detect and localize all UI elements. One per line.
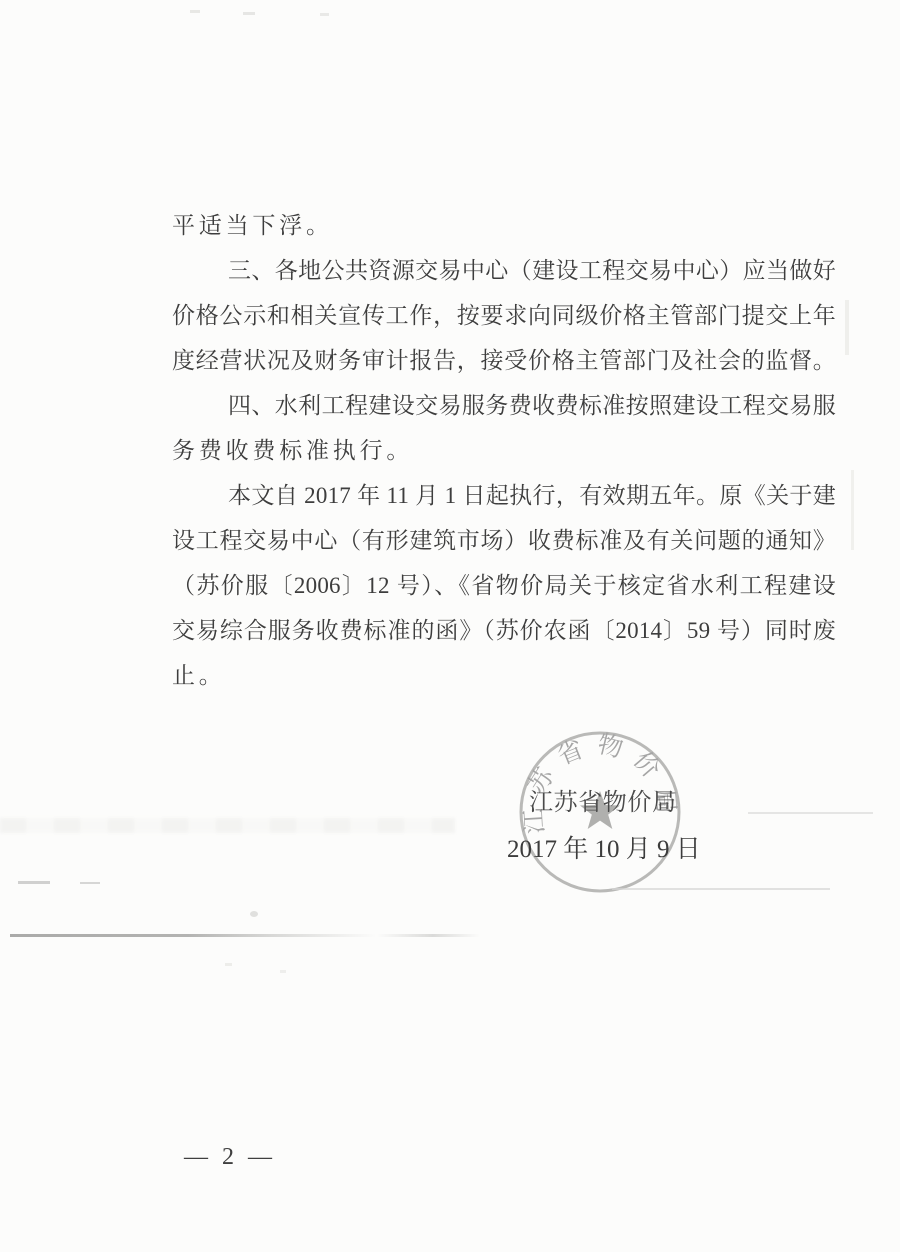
page-number: — 2 — [184, 1143, 276, 1171]
document-body: 平适当下浮。三、各地公共资源交易中心（建设工程交易中心）应当做好价格公示和相关宣… [172, 203, 836, 698]
issue-date: 2017 年 10 月 9 日 [507, 836, 701, 864]
scan-artifact-dot [250, 911, 258, 917]
scan-artifact-speck [225, 963, 232, 966]
text-line: 设工程交易中心（有形建筑市场）收费标准及有关问题的通知》 [172, 518, 836, 563]
scan-artifact-line [748, 812, 873, 814]
scan-artifact-speck [243, 12, 255, 15]
text-line: 四、水利工程建设交易服务费收费标准按照建设工程交易服 [172, 383, 836, 428]
scan-artifact-speck [320, 13, 329, 16]
text-line: 务费收费标准执行。 [172, 428, 836, 473]
scan-artifact-speck [280, 970, 286, 973]
text-line: 三、各地公共资源交易中心（建设工程交易中心）应当做好 [172, 248, 836, 293]
scan-artifact-speck [190, 10, 200, 13]
text-line: 价格公示和相关宣传工作，按要求向同级价格主管部门提交上年 [172, 293, 836, 338]
text-line: （苏价服〔2006〕12 号）、《省物价局关于核定省水利工程建设 [172, 563, 836, 608]
text-line: 度经营状况及财务审计报告，接受价格主管部门及社会的监督。 [172, 338, 836, 383]
text-line: 本文自 2017 年 11 月 1 日起执行，有效期五年。原《关于建 [172, 473, 836, 518]
text-line: 平适当下浮。 [172, 203, 836, 248]
scan-artifact-band [0, 818, 455, 833]
text-line: 止。 [172, 653, 836, 698]
seal-arc-text: 江苏省物价局 [520, 730, 680, 834]
scan-artifact-line [612, 888, 830, 890]
issuer-name: 江苏省物价局 [529, 789, 677, 817]
scan-artifact-line [80, 882, 100, 884]
document-page: 平适当下浮。三、各地公共资源交易中心（建设工程交易中心）应当做好价格公示和相关宣… [0, 0, 900, 1252]
text-line: 交易综合服务收费标准的函》（苏价农函〔2014〕59 号）同时废 [172, 608, 836, 653]
scan-artifact-line [10, 934, 480, 937]
scan-artifact-smudge [845, 300, 849, 355]
scan-artifact-smudge [851, 470, 854, 550]
scan-artifact-line [18, 881, 50, 884]
